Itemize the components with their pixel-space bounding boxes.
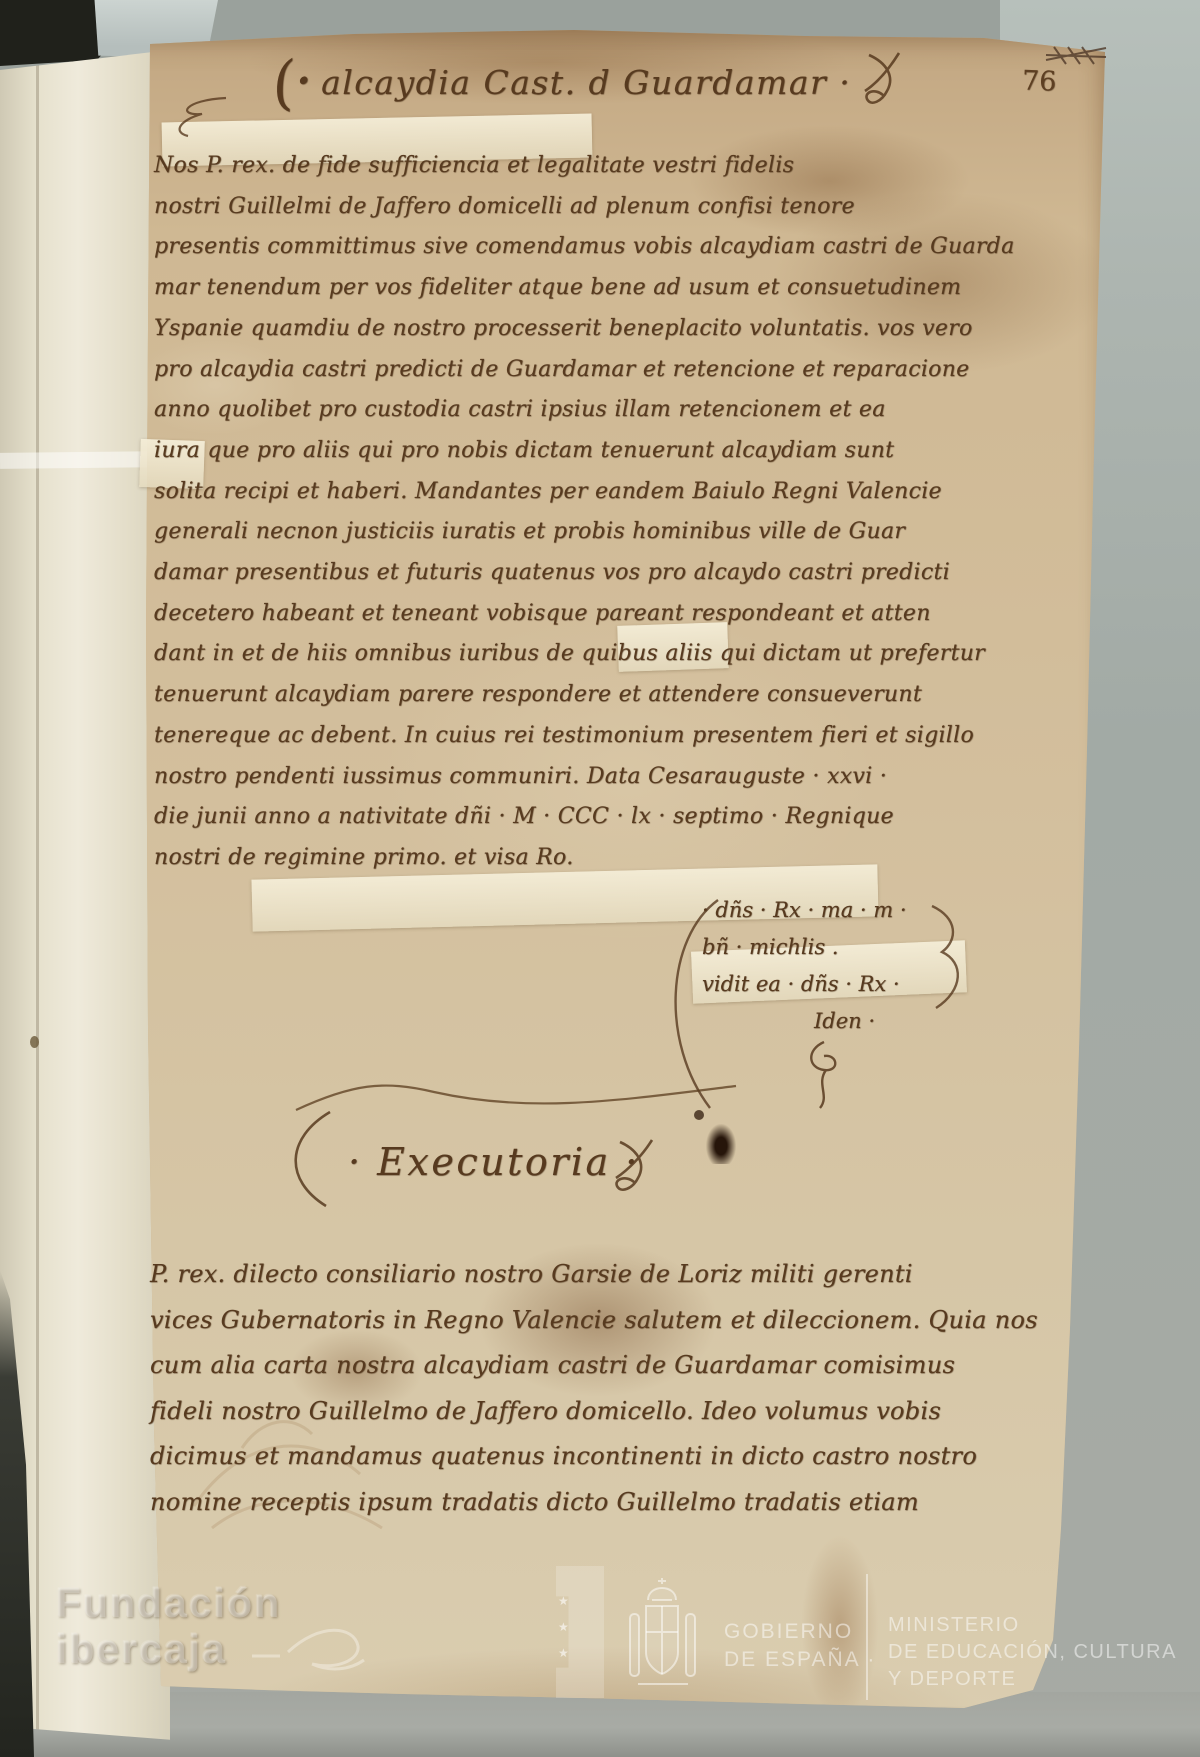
manuscript-line: dant in et de hiis omnibus iuribus de qu… — [154, 634, 960, 675]
manuscript-line: tenuerunt alcaydiam parere respondere et… — [154, 675, 960, 716]
manuscript-line: nomine receptis ipsum tradatis dicto Gui… — [150, 1480, 966, 1526]
ibercaja-flourish-icon — [250, 1612, 368, 1682]
header-end-flourish-icon — [859, 49, 907, 115]
manuscript-line: decetero habeant et teneant vobisque par… — [154, 594, 960, 635]
manuscript-line: damar presentibus et futuris quatenus vo… — [154, 553, 960, 594]
foundation-watermark: Fundación ibercaja — [56, 1580, 281, 1672]
document2-text: P. rex. dilecto consiliario nostro Garsi… — [150, 1252, 966, 1525]
government-watermark-line1: GOBIERNO — [724, 1618, 876, 1646]
page-header: (· alcaydia Cast. d Guardamar · — [272, 40, 907, 124]
document1-text: Nos P. rex. de fide sufficiencia et lega… — [154, 146, 960, 879]
manuscript-line: anno quolibet pro custodia castri ipsius… — [154, 390, 960, 431]
manuscript-line: fideli nostro Guillelmo de Jaffero domic… — [150, 1389, 966, 1435]
manuscript-line: solita recipi et haberi. Mandantes per e… — [154, 472, 960, 513]
folio-number: 76 — [1021, 65, 1056, 97]
manuscript-line: nostri Guillelmi de Jaffero domicelli ad… — [154, 187, 960, 228]
foundation-watermark-line1: Fundación — [56, 1580, 281, 1626]
signature-line: vidit ea · dñs · Rx · — [702, 966, 907, 1003]
spain-coat-of-arms-icon — [610, 1576, 718, 1704]
manuscript-line: Nos P. rex. de fide sufficiencia et lega… — [154, 146, 960, 187]
ink-blot — [706, 1124, 736, 1164]
signature-line: bñ · michlis . — [702, 929, 907, 966]
section-swash-icon — [292, 1078, 740, 1114]
manuscript-line: generali necnon justiciis iuratis et pro… — [154, 512, 960, 553]
signature-bracket-right-icon — [928, 900, 980, 1012]
manuscript-line: die junii anno a nativitate dñi · M · CC… — [154, 797, 960, 838]
manuscript-line: vices Gubernatoris in Regno Valencie sal… — [150, 1298, 966, 1344]
manuscript-line: tenereque ac debent. In cuius rei testim… — [154, 716, 960, 757]
foundation-watermark-line2: ibercaja — [56, 1626, 281, 1672]
watermark-divider — [866, 1574, 868, 1700]
manuscript-photo: (· alcaydia Cast. d Guardamar · 76 Nos P… — [0, 0, 1200, 1757]
manuscript-line: Yspanie quamdiu de nostro processerit be… — [154, 309, 960, 350]
paragraph-mark: (· — [268, 50, 317, 113]
government-watermark: GOBIERNO DE ESPAÑA · — [724, 1618, 876, 1674]
star-icon: ★ — [558, 1594, 569, 1608]
page-title: alcaydia Cast. d Guardamar · — [321, 63, 851, 102]
manuscript-line: pro alcaydia castri predicti de Guardama… — [154, 350, 960, 391]
manuscript-line: iura que pro aliis qui pro nobis dictam … — [154, 431, 960, 472]
signature-block: · dñs · Rx · ma · m ·bñ · michlis .vidit… — [702, 892, 907, 1040]
section-heading: · Executoria · — [348, 1140, 640, 1184]
manuscript-line: cum alia carta nostra alcaydiam castri d… — [150, 1343, 966, 1389]
ministry-watermark-line1: MINISTERIO — [888, 1612, 1177, 1639]
ministry-watermark-line2: DE EDUCACIÓN, CULTURA — [888, 1639, 1177, 1666]
star-icon: ★ — [558, 1620, 569, 1634]
government-watermark-line2: DE ESPAÑA · — [724, 1646, 876, 1674]
manuscript-line: presentis committimus sive comendamus vo… — [154, 227, 960, 268]
manuscript-line: nostro pendenti iussimus communiri. Data… — [154, 757, 960, 798]
ministry-watermark: MINISTERIO DE EDUCACIÓN, CULTURA Y DEPOR… — [888, 1612, 1177, 1693]
section-end-flourish-icon — [608, 1136, 664, 1200]
signature-line: Iden · — [702, 1003, 907, 1040]
background-bottom-band — [0, 1692, 1200, 1757]
star-icon: ★ — [558, 1646, 569, 1660]
signature-paraph-icon — [800, 1040, 850, 1112]
ministry-watermark-line3: Y DEPORTE — [888, 1666, 1177, 1693]
manuscript-line: nostri de regimine primo. et visa Ro. — [154, 838, 960, 879]
margin-flourish-icon — [168, 92, 240, 142]
manuscript-line: mar tenendum per vos fideliter atque ben… — [154, 268, 960, 309]
manuscript-line: dicimus et mandamus quatenus incontinent… — [150, 1434, 966, 1480]
signature-line: · dñs · Rx · ma · m · — [702, 892, 907, 929]
manuscript-line: P. rex. dilecto consiliario nostro Garsi… — [150, 1252, 966, 1298]
section-paren-icon — [278, 1108, 338, 1210]
binding-speck — [30, 1036, 39, 1048]
